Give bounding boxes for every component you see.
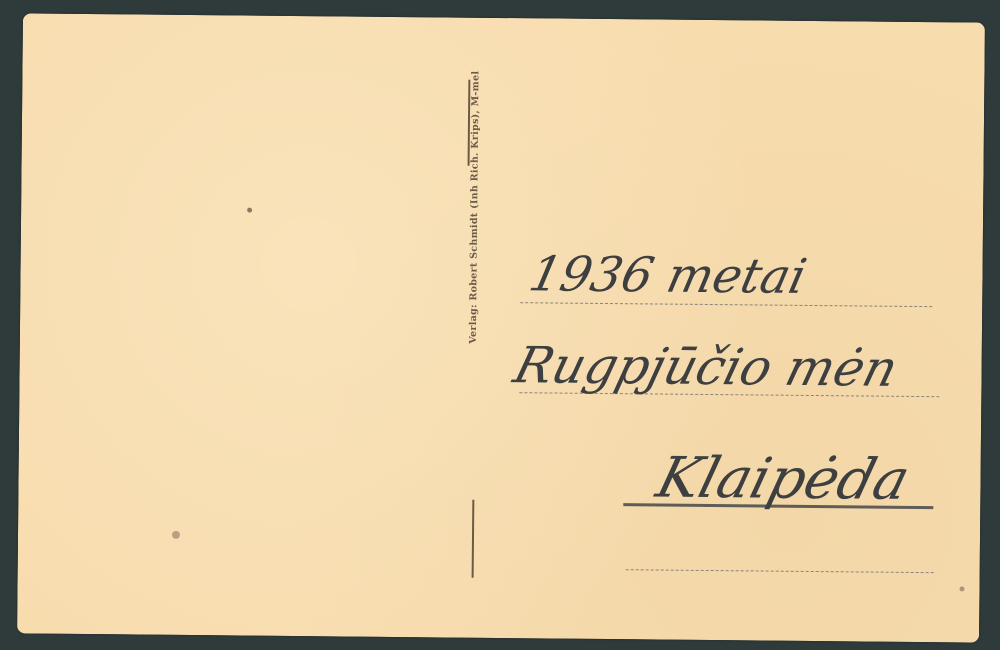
address-line-4 (626, 569, 934, 573)
stain-spot (959, 586, 964, 591)
stain-spot (247, 208, 252, 213)
handwritten-date: 1936 metai (524, 246, 811, 305)
divider-line-bottom (472, 500, 474, 578)
postcard: Verlag: Robert Schmidt (Inh Rich. Krips)… (17, 13, 985, 642)
publisher-imprint: Verlag: Robert Schmidt (Inh Rich. Krips)… (468, 24, 482, 344)
handwritten-month: Rugpjūčio mėn (508, 336, 904, 398)
handwritten-city: Klaipėda (650, 446, 916, 513)
stain-spot (172, 531, 180, 539)
